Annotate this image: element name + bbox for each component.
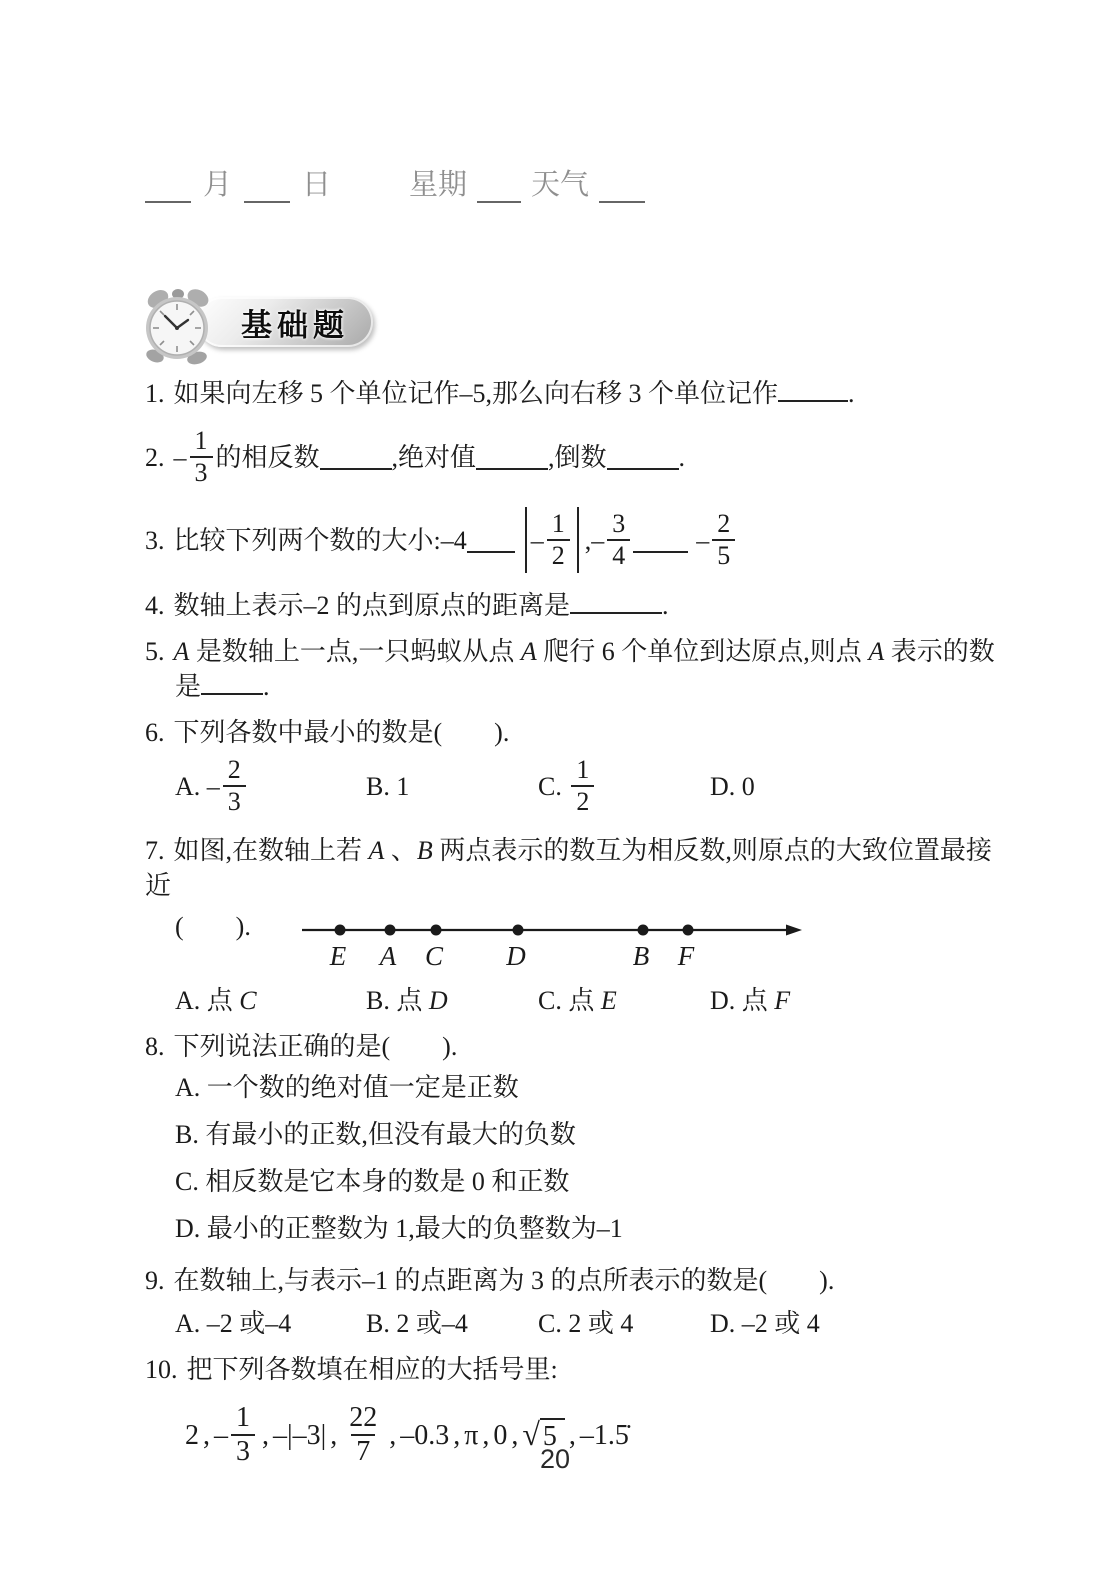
- question-1-end: .: [848, 379, 855, 408]
- weather-blank: [599, 201, 645, 203]
- answer-blank: [778, 376, 848, 402]
- answer-blank: [607, 444, 679, 470]
- question-5: 5.A 是数轴上一点,一只蚂蚁从点 A 爬行 6 个单位到达原点,则点 A 表示…: [145, 634, 1010, 704]
- point-label-f: F: [677, 941, 695, 971]
- question-1: 1.如果向左移 5 个单位记作–5,那么向右移 3 个单位记作.: [145, 376, 1010, 411]
- badge-pill: 基础题: [197, 297, 373, 347]
- question-7-line1: 7.如图,在数轴上若 A 、B 两点表示的数互为相反数,则原点的大致位置最接近: [145, 833, 1010, 903]
- point-label-c: C: [425, 941, 444, 971]
- question-4: 4.数轴上表示–2 的点到原点的距离是.: [145, 588, 1010, 623]
- date-header: 月 日 星期 天气: [145, 165, 1010, 203]
- question-4-end: .: [662, 591, 669, 620]
- point-b: B: [417, 836, 433, 865]
- question-4-text: 数轴上表示–2 的点到原点的距离是: [174, 591, 571, 620]
- point-label-b: B: [633, 941, 650, 971]
- minus-sign: –: [696, 523, 709, 558]
- week-blank: [477, 201, 521, 203]
- absolute-value-bar: [525, 507, 527, 573]
- question-10-text: 把下列各数填在相应的大括号里:: [187, 1355, 558, 1384]
- workbook-page: 月 日 星期 天气 基础题: [0, 0, 1110, 1571]
- question-4-number: 4.: [145, 591, 165, 620]
- point-a: A: [174, 637, 190, 666]
- fraction-one-half: 12: [571, 755, 594, 817]
- point-a: A: [369, 836, 385, 865]
- question-6-text: 下列各数中最小的数是( ).: [174, 718, 510, 747]
- question-3-text: 比较下列两个数的大小:–4: [174, 523, 467, 558]
- minus-sign: –: [207, 769, 220, 804]
- answer-paren: ( ).: [175, 909, 300, 944]
- question-5-line1: 5.A 是数轴上一点,一只蚂蚁从点 A 爬行 6 个单位到达原点,则点 A 表示…: [145, 634, 1010, 669]
- number-line-figure: E A C D B F: [300, 915, 805, 973]
- option-8b: B. 有最小的正数,但没有最大的负数: [175, 1111, 1010, 1158]
- point-label-e: E: [329, 941, 347, 971]
- fraction-two-fifths: 25: [712, 509, 735, 571]
- option-9d: D. –2 或 4: [710, 1306, 1010, 1341]
- option-9a: A. –2 或–4: [175, 1306, 366, 1341]
- question-5-number: 5.: [145, 637, 165, 666]
- option-9c: C. 2 或 4: [538, 1306, 710, 1341]
- answer-blank: [476, 444, 548, 470]
- question-3: 3. 比较下列两个数的大小:–4 – 12 , – 34 – 25: [145, 503, 1010, 577]
- question-1-text: 如果向左移 5 个单位记作–5,那么向右移 3 个单位记作: [174, 379, 779, 408]
- point-a: A: [521, 637, 537, 666]
- question-7-options: A. 点 C B. 点 D C. 点 E D. 点 F: [175, 983, 1010, 1018]
- question-8: 8.下列说法正确的是( ). A. 一个数的绝对值一定是正数 B. 有最小的正数…: [145, 1029, 1010, 1252]
- month-blank: [145, 201, 191, 203]
- option-6c: C. 12: [538, 755, 710, 817]
- badge-label: 基础题: [241, 300, 349, 345]
- point-label-d: D: [505, 941, 526, 971]
- point-label-a: A: [378, 941, 397, 971]
- question-10-number: 10.: [145, 1355, 178, 1384]
- question-5-text2: 爬行 6 个单位到达原点,则点: [537, 637, 869, 666]
- minus-sign: –: [591, 523, 604, 558]
- question-9: 9.在数轴上,与表示–1 的点距离为 3 的点所表示的数是( ). A. –2 …: [145, 1263, 1010, 1341]
- option-7c: C. 点 E: [538, 983, 710, 1018]
- question-2-text3: ,倒数: [548, 440, 607, 475]
- option-7a: A. 点 C: [175, 983, 366, 1018]
- question-8-options: A. 一个数的绝对值一定是正数 B. 有最小的正数,但没有最大的负数 C. 相反…: [145, 1064, 1010, 1252]
- fraction-three-fourths: 34: [607, 509, 630, 571]
- option-6a: A. – 23: [175, 755, 366, 817]
- fraction-one-third: 13: [190, 426, 213, 488]
- option-8d: D. 最小的正整数为 1,最大的负整数为–1: [175, 1205, 1010, 1252]
- question-2-number: 2.: [145, 440, 165, 475]
- option-7b: B. 点 D: [366, 983, 538, 1018]
- answer-blank: [201, 669, 263, 695]
- question-9-text: 在数轴上,与表示–1 的点距离为 3 的点所表示的数是( ).: [174, 1266, 835, 1295]
- alarm-clock-icon: [141, 285, 217, 365]
- question-6: 6.下列各数中最小的数是( ). A. – 23 B. 1 C. 12 D. 0: [145, 715, 1010, 822]
- option-9b: B. 2 或–4: [366, 1306, 538, 1341]
- question-5-text3: 表示的数: [884, 637, 995, 666]
- day-label: 日: [302, 162, 331, 203]
- fraction-one-half: 12: [547, 509, 570, 571]
- weather-label: 天气: [531, 162, 589, 203]
- answer-blank: [633, 527, 688, 553]
- question-1-number: 1.: [145, 379, 165, 408]
- section-badge: 基础题: [145, 285, 1010, 365]
- question-5-line2: 是.: [175, 669, 1010, 704]
- question-2: 2. – 13 的相反数 ,绝对值 ,倒数 .: [145, 422, 1010, 492]
- answer-blank: [570, 588, 662, 614]
- question-7: 7.如图,在数轴上若 A 、B 两点表示的数互为相反数,则原点的大致位置最接近 …: [145, 833, 1010, 1018]
- option-7d: D. 点 F: [710, 983, 1010, 1018]
- question-8-number: 8.: [145, 1032, 165, 1061]
- question-8-text: 下列说法正确的是( ).: [174, 1032, 458, 1061]
- option-8a: A. 一个数的绝对值一定是正数: [175, 1064, 1010, 1111]
- question-5-end: .: [263, 672, 270, 701]
- question-7-number: 7.: [145, 836, 165, 865]
- question-6-number: 6.: [145, 718, 165, 747]
- answer-blank: [320, 444, 392, 470]
- minus-sign: –: [174, 440, 187, 475]
- point-a: A: [868, 637, 884, 666]
- option-6b: B. 1: [366, 769, 538, 804]
- question-2-end: .: [679, 440, 686, 475]
- question-5-cont: 是: [175, 672, 201, 701]
- question-2-text1: 的相反数: [216, 440, 320, 475]
- page-number: 20: [0, 1444, 1110, 1475]
- fraction-two-thirds: 23: [223, 755, 246, 817]
- question-2-text2: ,绝对值: [392, 440, 477, 475]
- question-5-text1: 是数轴上一点,一只蚂蚁从点: [189, 637, 521, 666]
- month-label: 月: [203, 162, 232, 203]
- answer-blank: [467, 527, 515, 553]
- question-9-number: 9.: [145, 1266, 165, 1295]
- option-8c: C. 相反数是它本身的数是 0 和正数: [175, 1158, 1010, 1205]
- minus-sign: –: [531, 523, 544, 558]
- question-9-options: A. –2 或–4 B. 2 或–4 C. 2 或 4 D. –2 或 4: [175, 1306, 1010, 1341]
- question-7-figure-row: ( ). E A C D B F: [145, 909, 1010, 973]
- question-6-options: A. – 23 B. 1 C. 12 D. 0: [175, 750, 1010, 822]
- week-label: 星期: [409, 162, 467, 203]
- option-6d: D. 0: [710, 769, 755, 804]
- absolute-value-bar: [577, 507, 579, 573]
- day-blank: [244, 201, 290, 203]
- question-3-number: 3.: [145, 523, 165, 558]
